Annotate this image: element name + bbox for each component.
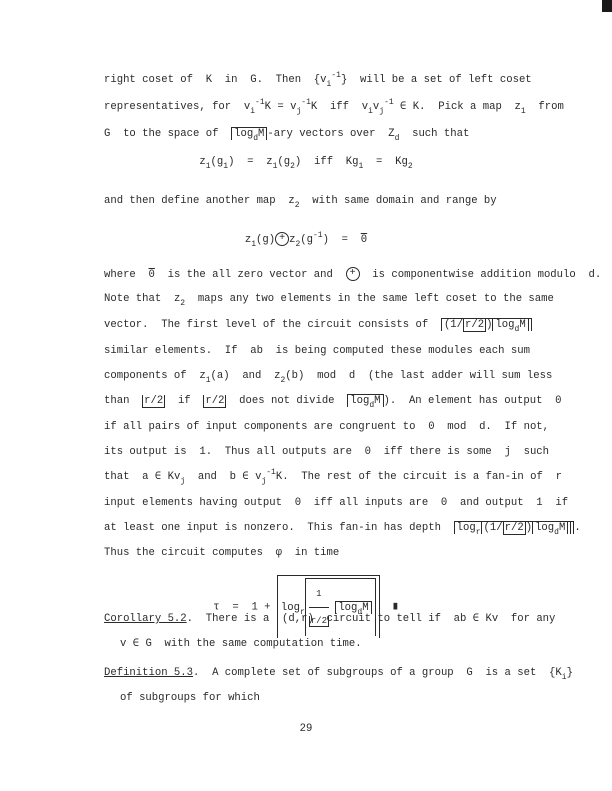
corollary-5-2: Corollary 5.2. There is a (d,r) circuit …	[104, 612, 555, 626]
text-line-11: if all pairs of input components are con…	[104, 420, 549, 434]
text-line-6: Note that z2 maps any two elements in th…	[104, 292, 554, 306]
equation-tau: τ = 1 + logr1r/2 logdM ∎	[0, 575, 612, 638]
text-line-2: representatives, for vi-1K = vj-1K iff v…	[104, 100, 564, 114]
definition-label: Definition 5.3	[104, 667, 193, 679]
text-line-7: vector. The first level of the circuit c…	[104, 318, 532, 332]
text-line-15: at least one input is nonzero. This fan-…	[104, 521, 581, 535]
text-line-3: G to the space of logdM-ary vectors over…	[104, 127, 469, 141]
corollary-5-2-cont: v ∈ G with the same computation time.	[120, 637, 362, 651]
equation-z2: z1(g)+z2(g-1) = 0	[0, 232, 612, 247]
text-line-14: input elements having output 0 iff all i…	[104, 496, 568, 510]
definition-5-3-cont: of subgroups for which	[120, 691, 260, 705]
corollary-label: Corollary 5.2	[104, 613, 187, 625]
text-line-10: than r/2 if r/2 does not divide logdM). …	[104, 394, 562, 408]
text-line-13: that a ∈ Kvj and b ∈ vj-1K. The rest of …	[104, 470, 562, 484]
text-line-4: and then define another map z2 with same…	[104, 194, 497, 208]
page-number: 29	[0, 723, 612, 735]
text-line-1: right coset of K in G. Then {vi-1} will …	[104, 73, 532, 87]
equation-z1: z1(g1) = z1(g2) iff Kg1 = Kg2	[0, 155, 612, 169]
text-line-12: its output is 1. Thus all outputs are 0 …	[104, 445, 549, 459]
scan-corner-mark	[602, 0, 612, 12]
definition-5-3: Definition 5.3. A complete set of subgro…	[104, 666, 573, 680]
text-line-5: where 0 is the all zero vector and + is …	[104, 267, 601, 282]
oplus-symbol: +	[346, 267, 360, 281]
text-line-9: components of z1(a) and z2(b) mod d (the…	[104, 369, 552, 383]
text-line-16: Thus the circuit computes φ in time	[104, 546, 339, 560]
oplus-symbol: +	[275, 232, 289, 246]
text-line-8: similar elements. If ab is being compute…	[104, 344, 530, 358]
